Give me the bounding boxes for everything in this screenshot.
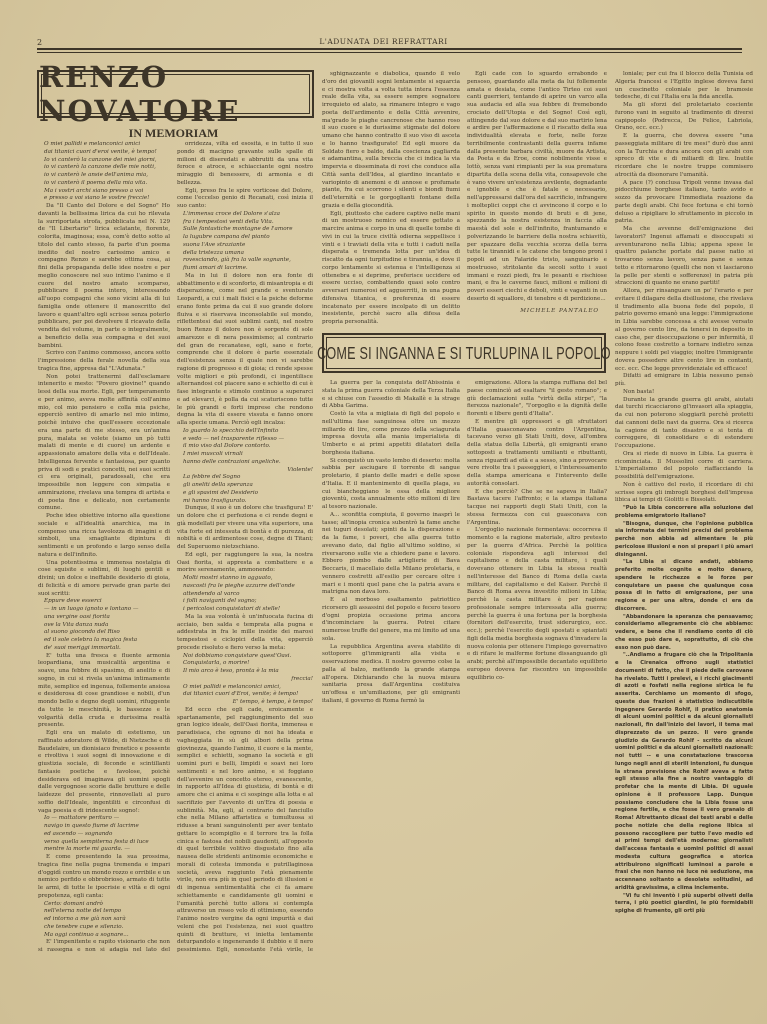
paragraph: Si conquistò un vasto lembo di deserto: …: [322, 458, 460, 512]
verse-line: La febbre del Sogno: [177, 474, 313, 482]
verse-line: I miei muscoli virnali: [177, 451, 313, 459]
article-title-box-inganna: COME SI INGANNA E SI TURLUPINA IL POPOLO: [322, 333, 606, 373]
verse-line: io vi canterò il poema della mia vita.: [38, 180, 170, 188]
paragraph: orridezza, viltà ed esosità, e in tutto …: [177, 141, 313, 188]
verse-line: Conquistarla, o morire!: [177, 660, 313, 668]
paragraph: La repubblica Argentina aveva stabilito …: [322, 644, 460, 706]
paragraph: "Vi fu chi inventò i più superbi oliveti…: [615, 893, 753, 916]
paragraph: Non è cattivo del resto, il ricordare di…: [615, 482, 753, 505]
paragraph: E che perciò? Che se ne sapeva in Italia…: [467, 489, 607, 528]
paragraph: freccia!: [177, 676, 313, 684]
paragraph: Durante la grande guerra gli arabi, aiut…: [615, 397, 753, 451]
paragraph: Da "Il Canto del Dolore e del Sogno" Ho …: [38, 203, 170, 350]
verse-line: e presso a voi siano le vostre freccie!: [38, 195, 170, 203]
verse-line: O miei pallidi e melanconici amici: [38, 141, 170, 149]
masthead: L'ADUNATA DEI REFRATTARI: [0, 37, 767, 46]
column-2: orridezza, viltà ed esosità, e in tutto …: [177, 141, 313, 953]
paragraph: Difatti ad emigrare in Libia nessuno pen…: [615, 373, 753, 389]
paragraph: Egli, preso fra le spire vorticose del D…: [177, 188, 313, 211]
verse-line: al suono giocondo del Riso: [38, 629, 170, 637]
header-rule: [37, 48, 742, 50]
paragraph: "Può la Libia concorrere alla soluzione …: [615, 505, 753, 521]
verse-line: Noi dobbiamo conquistare quest'Oasi.: [177, 653, 313, 661]
verse-line: attendendo al varco: [177, 591, 313, 599]
paragraph: Scrivo con l'animo commosso, ancora sott…: [38, 350, 170, 373]
article-title-inganna: COME SI INGANNA E SI TURLUPINA IL POPOLO: [317, 343, 611, 364]
verse-line: L'immensa croce del Dolore s'alza: [177, 211, 313, 219]
article-title-box-novatore: RENZO NOVATORE: [37, 70, 314, 118]
verse-line: Certo: domani andrò: [38, 901, 170, 909]
paragraph: "..Andiamo a frugare ciò che la Tripolit…: [615, 652, 753, 892]
paragraph: sghignazzante e diabolica, quando il vel…: [322, 71, 460, 211]
verse-line: fiumi amari di lacrime.: [177, 265, 313, 273]
verse-line: ed ascendo — sognando: [38, 831, 170, 839]
paragraph: Egli cade con lo sguardo errabondo e pen…: [467, 71, 607, 304]
paragraph: Dunque, il suo è un dolore che trasfigur…: [177, 505, 313, 552]
verse-line: e gli spasimi del Desiderio: [177, 490, 313, 498]
paragraph: Costò la vita a migliaia di figli del po…: [322, 411, 460, 458]
paragraph: Poche idee obiettive intorno alla questi…: [38, 513, 170, 560]
verse-line: Io guardo lo specchio dell'Infinito: [177, 428, 313, 436]
paragraph: "Bisogna, dunque, che l'opinione pubblic…: [615, 521, 753, 560]
verse-line: Molti mostri stanno in agguato,: [177, 575, 313, 583]
paragraph: Violente!: [177, 467, 313, 475]
verse-line: navigo in questo fiume di lacrime: [38, 823, 170, 831]
paragraph: Allora, per rinsanguare un po' l'erario …: [615, 288, 753, 373]
column-7: loniale; per cui fra il blocco della Tun…: [615, 71, 753, 951]
paragraph: Una potentissima e immensa nostalgia di …: [38, 560, 170, 599]
verse-line: io vi canterò le ansie dell'anima mia,: [38, 172, 170, 180]
article-title-novatore: RENZO NOVATORE: [39, 60, 312, 128]
verse-line: ove la Vita danza nuda: [38, 622, 170, 630]
paragraph: Ora si riede di nuovo in Libia. La guerr…: [615, 451, 753, 482]
paragraph: E' l'impenitente e rapito visionario che…: [38, 939, 170, 953]
verse-line: ed il sole celebra la magica festa: [38, 637, 170, 645]
verse-line: i folli naviganti del sogno;: [177, 598, 313, 606]
paragraph: E' tutta una fresca e fluente armonia le…: [38, 653, 170, 731]
paragraph: E la guerra, che doveva essere "una pass…: [615, 133, 753, 180]
paragraph: Ed egli, per raggiungere la sua, la nost…: [177, 552, 313, 575]
verse-line: dai titanici cuori d'Eroi, venite; è tem…: [177, 691, 313, 699]
paragraph: E al morboso esaltamento patriottico ric…: [322, 597, 460, 644]
paragraph: Ed ecco che egli cade, eroicamente e spa…: [177, 707, 313, 953]
verse-line: Eppure deve esserci: [38, 598, 170, 606]
verse-line: Sulle fantastiche montagne de l'amore: [177, 226, 313, 234]
verse-line: gli aneliti della speranza: [177, 482, 313, 490]
paragraph: La guerra per la conquista dell'Abissini…: [322, 380, 460, 411]
verse-line: la lugubre campana del pianto: [177, 234, 313, 242]
paragraph: E mentre gli oppressori e gli sfruttator…: [467, 419, 607, 489]
column-1: O miei pallidi e melanconici amicidai ti…: [38, 141, 170, 953]
header-rule-thin: [37, 52, 742, 53]
verse-line: mentre la morte mi guarda. —: [38, 846, 170, 854]
verse-line: hanno delle contrazioni angeliche.: [177, 459, 313, 467]
verse-line: che tenebre cupe e silenzio.: [38, 924, 170, 932]
paragraph: Ma che avvenne dell'emigrazione dei lavo…: [615, 226, 753, 288]
verse-line: una vergine oasi fiorita: [38, 614, 170, 622]
verse-line: Io — mattatore perituro —: [38, 815, 170, 823]
verse-line: Ma oggi continuo a sognare...: [38, 932, 170, 940]
paragraph: "La Libia si dicano andati, abbiamo pref…: [615, 559, 753, 613]
verse-line: e vedo — nel trasparente riflesso —: [177, 436, 313, 444]
verse-line: nascosti fra le pieghe azzurre dell'onde: [177, 583, 313, 591]
author-signature: MICHELE PANTALEO: [467, 308, 607, 316]
newspaper-page: 2 L'ADUNATA DEI REFRATTARI RENZO NOVATOR…: [0, 0, 767, 1024]
verse-line: il mio viso dal Dolore contorto.: [177, 443, 313, 451]
paragraph: Non potei trattenermi dall'esclamare int…: [38, 374, 170, 514]
paragraph: Non basta!: [615, 389, 753, 397]
paragraph: E come presentendo la sua prossima, trag…: [38, 854, 170, 901]
verse-line: — in un luogo ignoto e lontano —: [38, 606, 170, 614]
paragraph: "Abbandonare la speranza che pensavamo; …: [615, 614, 753, 653]
verse-line: Ma i vostri archi siano presso a voi: [38, 188, 170, 196]
article-subtitle: IN MEMORIAM: [37, 126, 310, 141]
paragraph: L'orgoglio nazionale fermentava: occorre…: [467, 527, 607, 682]
verse-line: fra i tempestosi venti della Vita.: [177, 219, 313, 227]
verse-line: ed intorno a me già non sarà: [38, 916, 170, 924]
paragraph: loniale; per cui fra il blocco della Tun…: [615, 71, 753, 102]
column-4: Egli cade con lo sguardo errabondo e pen…: [467, 71, 607, 329]
column-3: sghignazzante e diabolica, quando il vel…: [322, 71, 460, 329]
paragraph: Egli era un malato di estetismo, un raff…: [38, 730, 170, 815]
verse-line: dai titanici cuori d'eroi venite, è temp…: [38, 149, 170, 157]
paragraph: A... sconfitta compiuta, il governo inas…: [322, 512, 460, 597]
verse-line: suona l'Ave straziante: [177, 242, 313, 250]
paragraph: emigrazione. Allora la stampa ruffiana d…: [467, 380, 607, 419]
paragraph: Ma gli sforzi del proletariato cosciente…: [615, 102, 753, 133]
column-5: La guerra per la conquista dell'Abissini…: [322, 380, 460, 950]
paragraph: A pace (?) conclusa Tripoli venne invasa…: [615, 180, 753, 227]
verse-line: Il mio arco è teso, pronta è la mia: [177, 668, 313, 676]
paragraph: Egli, piuttosto che cadere captivo nelle…: [322, 211, 460, 327]
verse-line: rovesciando, già fra la valle sognante,: [177, 257, 313, 265]
column-6: emigrazione. Allora la stampa ruffiana d…: [467, 380, 607, 950]
verse-line: i pericolosi conquistatori di stelle!: [177, 606, 313, 614]
verse-line: verso quella sempiterna festa di luce: [38, 839, 170, 847]
paragraph: Ma in lui il dolore non era fonte di abb…: [177, 273, 313, 428]
verse-line: nell'eterna notte del tempo: [38, 908, 170, 916]
paragraph: Ma la sua volontà è un'infuocata fucina …: [177, 614, 313, 653]
verse-line: de' suoi meriggi immortali.: [38, 645, 170, 653]
verse-line: io vi canterò la canzone delle mie notti…: [38, 164, 170, 172]
paragraph: E' tempo, è tempo, è tempo!: [177, 699, 313, 707]
